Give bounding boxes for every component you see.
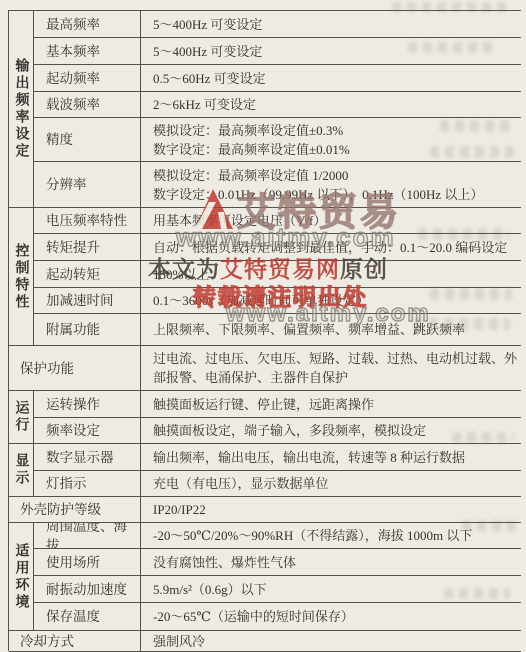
row-label-cooling: 冷却方式 xyxy=(9,631,141,652)
row-label-enclosure-rating: 外壳防护等级 xyxy=(9,497,141,523)
spec-table: 输出频率设定 控制特性 运行 显示 适用环境 最高频率 5～400Hz 可变设定… xyxy=(8,10,521,651)
row-label: 使用场所 xyxy=(34,549,141,576)
row-value: 充电（有电压），显示数据单位 xyxy=(141,471,521,497)
row-label: 数字显示器 xyxy=(34,444,141,471)
row-value: 模拟设定：最高频率设定值 1/2000 数字设定：0.01Hz（99.99Hz … xyxy=(141,162,521,208)
section-label-display: 显示 xyxy=(9,444,34,497)
row-label: 保存温度 xyxy=(34,603,141,631)
row-value: 5～400Hz 可变设定 xyxy=(141,11,521,38)
row-value: 5.9m/s²（0.6g）以下 xyxy=(141,576,521,603)
row-label: 频率设定 xyxy=(34,418,141,444)
row-value: 0.5～60Hz 可变设定 xyxy=(141,65,521,92)
scanned-spec-page: 输出频率设定 控制特性 运行 显示 适用环境 最高频率 5～400Hz 可变设定… xyxy=(0,0,526,652)
row-label: 加减速时间 xyxy=(34,288,141,314)
row-value: 0.1～3600s（加减速时间可单独设定） xyxy=(141,288,521,314)
row-label: 附属功能 xyxy=(34,314,141,346)
row-value: 没有腐蚀性、爆炸性气体 xyxy=(141,549,521,576)
row-label: 载波频率 xyxy=(34,92,141,118)
row-value: 触摸面板运行键、停止键，远距离操作 xyxy=(141,391,521,418)
row-label: 分辨率 xyxy=(34,162,141,208)
row-label: 基本频率 xyxy=(34,38,141,65)
row-value: 输出频率，输出电压，输出电流，转速等 8 种运行数据 xyxy=(141,444,521,471)
row-value: 自动：根据负载转矩调整到最佳值，手动：0.1～20.0 编码设定 xyxy=(141,234,521,261)
row-value: 上限频率、下限频率、偏置频率、频率增益、跳跃频率 xyxy=(141,314,521,346)
row-label: 起动频率 xyxy=(34,65,141,92)
row-value: 过电流、过电压、欠电压、短路、过载、过热、电动机过载、外部报警、电涌保护、主器件… xyxy=(141,346,521,391)
row-label: 周围温度、海拔 xyxy=(34,523,141,549)
row-value: -20～50℃/20%～90%RH（不得结露），海拔 1000m 以下 xyxy=(141,523,521,549)
section-label-output-frequency: 输出频率设定 xyxy=(9,11,34,208)
row-label-protection: 保护功能 xyxy=(9,346,141,391)
row-value: -20～65℃（运输中的短时间保存） xyxy=(141,603,521,631)
row-value: 触摸面板设定，端子输入，多段频率，模拟设定 xyxy=(141,418,521,444)
row-value: 150%以上 xyxy=(141,261,521,288)
row-value: 2～6kHz 可变设定 xyxy=(141,92,521,118)
row-value: 模拟设定：最高频率设定值±0.3% 数字设定：最高频率设定值±0.01% xyxy=(141,118,521,162)
row-value: 强制风冷 xyxy=(141,631,521,652)
section-label-environment: 适用环境 xyxy=(9,523,34,631)
row-label: 灯指示 xyxy=(34,471,141,497)
row-label: 精度 xyxy=(34,118,141,162)
row-label: 耐振动加速度 xyxy=(34,576,141,603)
row-label: 转矩提升 xyxy=(34,234,141,261)
section-label-operation: 运行 xyxy=(9,391,34,444)
section-label-control-characteristics: 控制特性 xyxy=(9,208,34,346)
row-label: 最高频率 xyxy=(34,11,141,38)
row-value: 5～400Hz 可变设定 xyxy=(141,38,521,65)
row-label: 电压频率特性 xyxy=(34,208,141,234)
row-value: IP20/IP22 xyxy=(141,497,521,523)
row-label: 起动转矩 xyxy=(34,261,141,288)
row-value: 用基本频率可设定电压（V/f） xyxy=(141,208,521,234)
row-label: 运转操作 xyxy=(34,391,141,418)
